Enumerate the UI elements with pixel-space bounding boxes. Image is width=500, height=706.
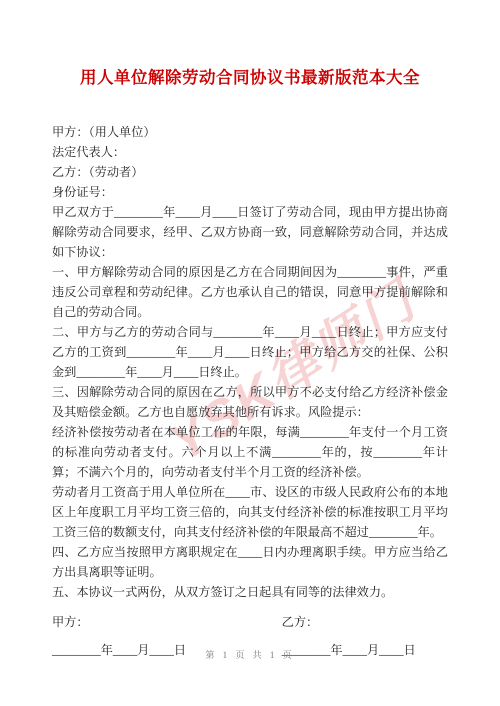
document-page: YSK律师门 用人单位解除劳动合同协议书最新版范本大全 甲方：（用人单位） 法定…	[0, 0, 500, 706]
id-number-line: 身份证号：	[52, 182, 448, 202]
page-number-indicator: 第 1 页 共 1 页	[0, 648, 500, 661]
clause-3-paragraph: 三、因解除劳动合同的原因在乙方，所以甲方不必支付给乙方经济补偿金及其赔偿金额。乙…	[52, 382, 448, 422]
compensation-rule-paragraph: 经济补偿按劳动者在本单位工作的年限，每满________年支付一个月工资的标准向…	[52, 422, 448, 482]
clause-1-paragraph: 一、甲方解除劳动合同的原因是乙方在合同期间因为________事件，严重违反公司…	[52, 262, 448, 322]
clause-4-paragraph: 四、乙方应当按照甲方离职规定在____日内办理离职手续。甲方应当给乙方出具离职等…	[52, 542, 448, 582]
high-wage-rule-paragraph: 劳动者月工资高于用人单位所在____市、设区的市级人民政府公布的本地区上年度职工…	[52, 482, 448, 542]
party-a-signature-label: 甲方：	[52, 608, 282, 636]
document-body: 甲方：（用人单位） 法定代表人： 乙方：（劳动者） 身份证号： 甲乙双方于___…	[0, 122, 500, 602]
party-a-line: 甲方：（用人单位）	[52, 122, 448, 142]
legal-representative-line: 法定代表人：	[52, 142, 448, 162]
document-title: 用人单位解除劳动合同协议书最新版范本大全	[0, 0, 500, 88]
party-b-signature-label: 乙方：	[282, 608, 448, 636]
preamble-paragraph: 甲乙双方于________年____月____日签订了劳动合同，现由甲方提出协商…	[52, 202, 448, 262]
clause-5-paragraph: 五、本协议一式两份，从双方签订之日起具有同等的法律效力。	[52, 582, 448, 602]
party-b-line: 乙方：（劳动者）	[52, 162, 448, 182]
clause-2-paragraph: 二、甲方与乙方的劳动合同与________年____月____日终止；甲方应支付…	[52, 322, 448, 382]
